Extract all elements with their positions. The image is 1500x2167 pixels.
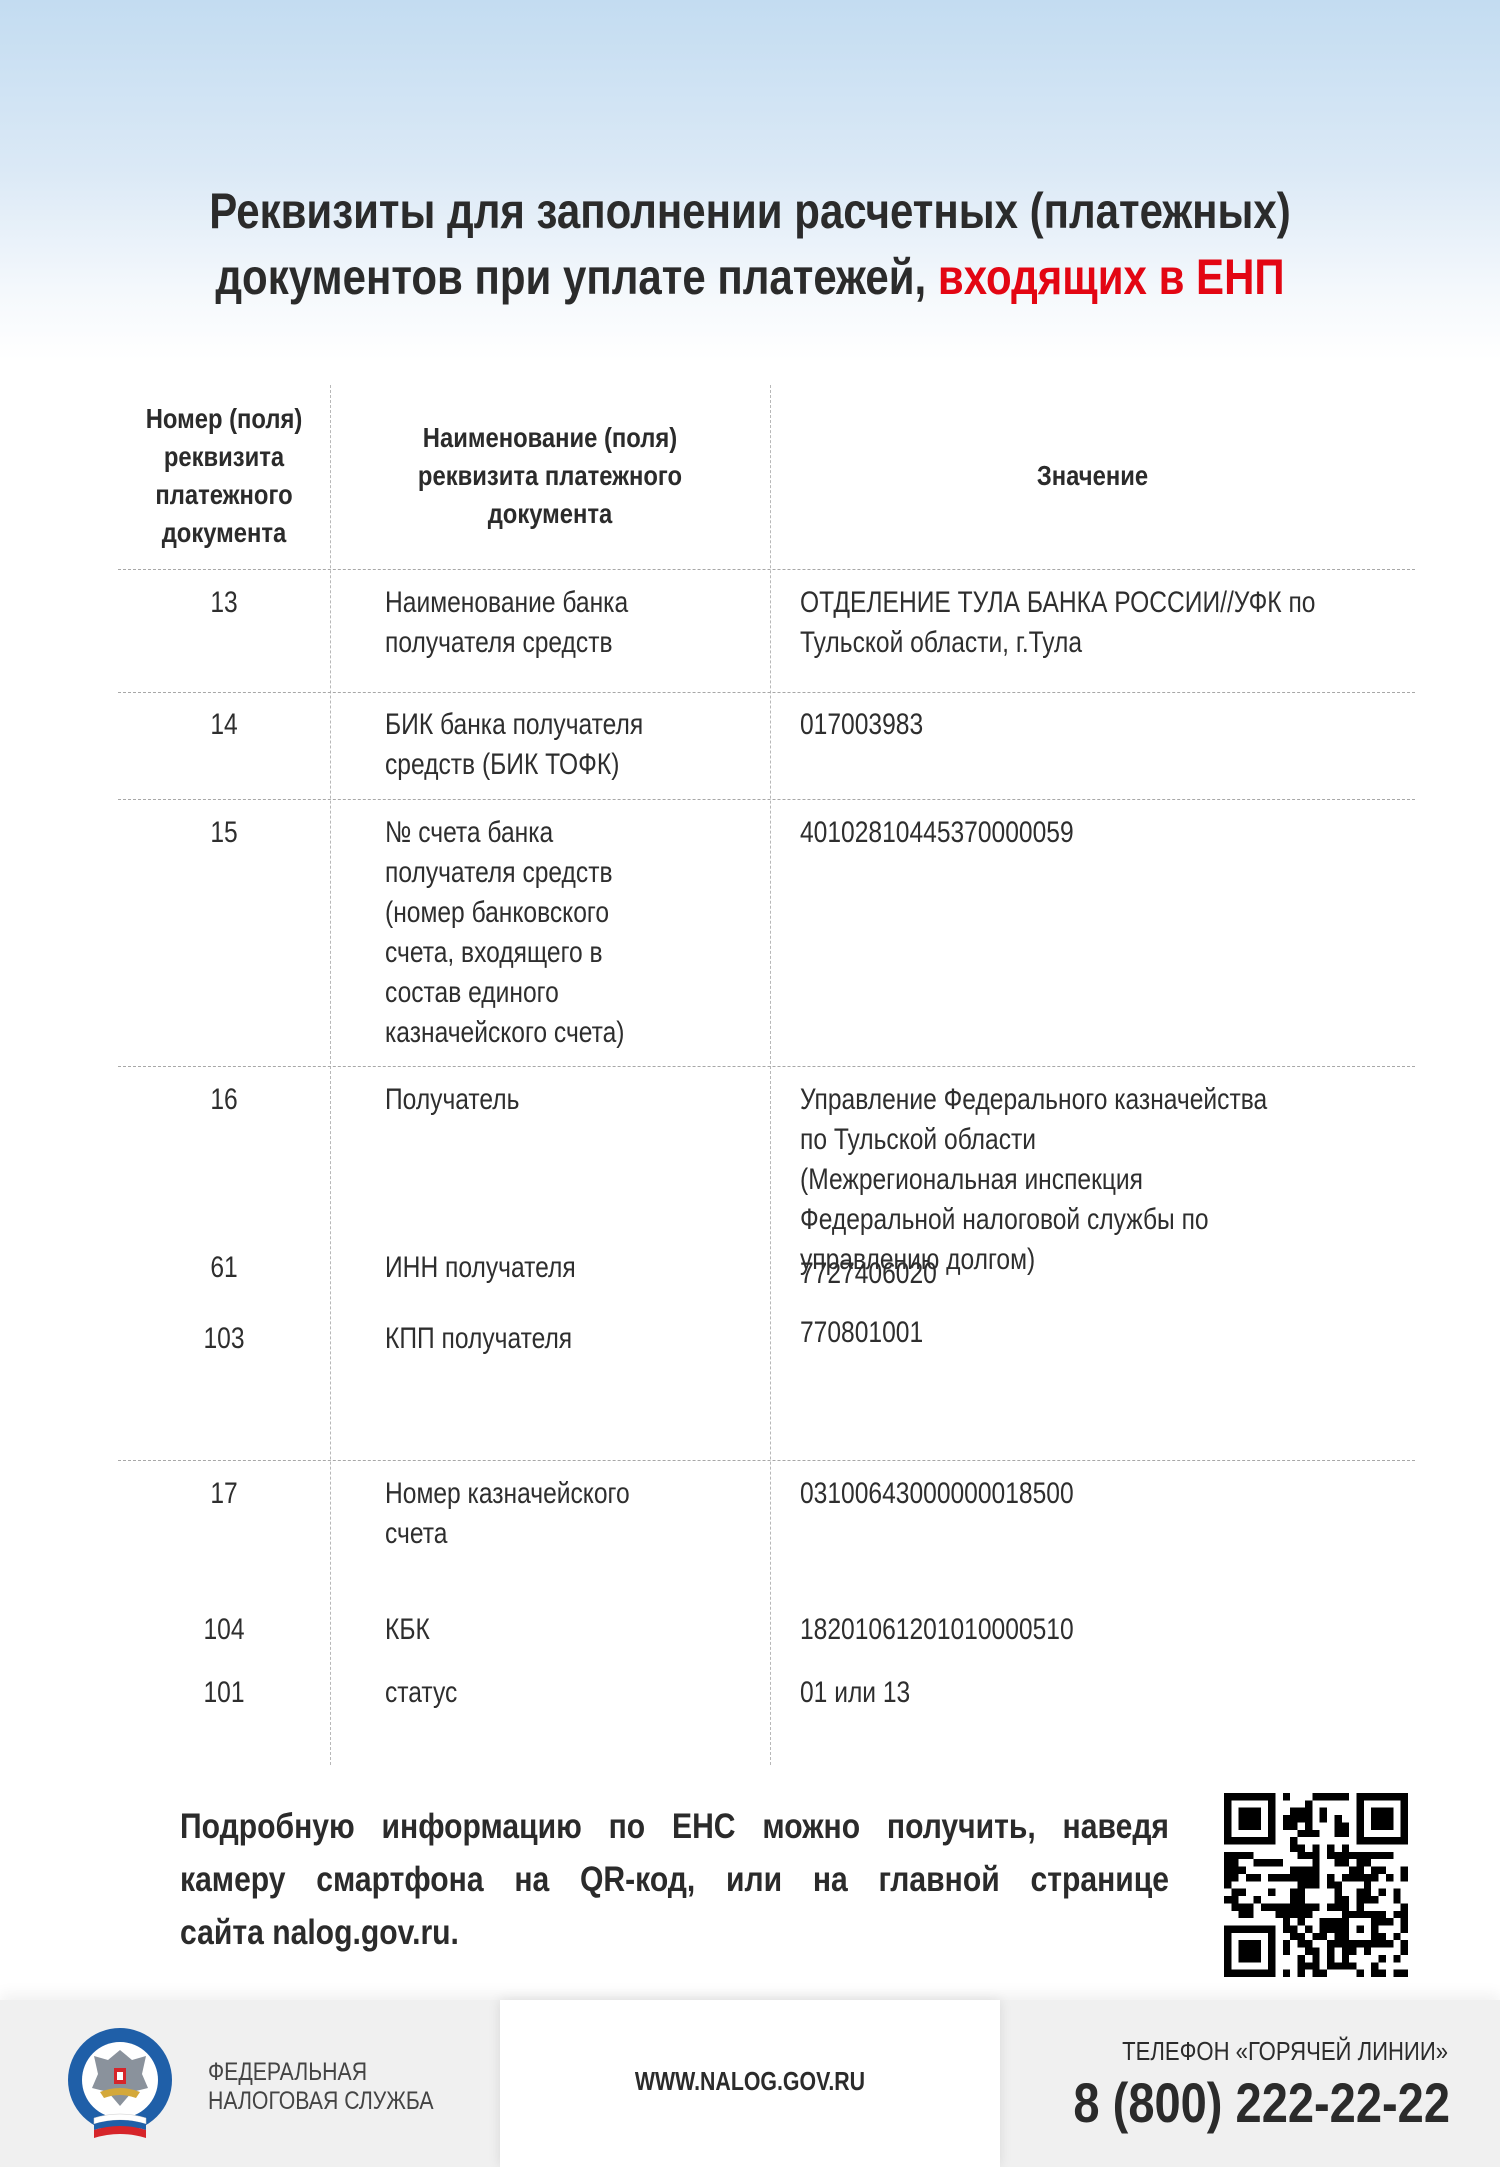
row-value-line[interactable]: 7727406020	[800, 1254, 937, 1294]
column-divider	[330, 385, 331, 1765]
header-number-line: платежного	[134, 476, 314, 514]
row-value[interactable]: 40102810445370000059	[800, 813, 1074, 853]
header-name: Наименование (поля) реквизита платежного…	[363, 419, 737, 533]
hotline-phone[interactable]: 8 (800) 222-22-22	[1072, 2070, 1450, 2135]
row-number: 103	[137, 1319, 311, 1359]
row-field-name-line: КБК	[385, 1610, 430, 1650]
row-field-name: Получатель	[385, 1080, 519, 1120]
row-field-name: ИНН получателя	[385, 1248, 576, 1288]
row-field-name-line: (номер банковского	[385, 893, 624, 933]
row-field-name-line: Получатель	[385, 1080, 519, 1120]
row-divider	[118, 799, 1415, 800]
row-number: 15	[137, 813, 311, 853]
row-value[interactable]: Управление Федерального казначействапо Т…	[800, 1080, 1267, 1280]
row-field-name: БИК банка получателясредств (БИК ТОФК)	[385, 705, 643, 785]
row-divider	[118, 569, 1415, 570]
row-number: 104	[137, 1610, 311, 1650]
header-name-line: Наименование (поля)	[363, 419, 737, 457]
row-value[interactable]: 01 или 13	[800, 1673, 910, 1713]
row-field-name-line: состав единого	[385, 973, 624, 1013]
header-number: Номер (поля) реквизита платежного докуме…	[134, 400, 314, 552]
row-value-line[interactable]: 18201061201010000510	[800, 1610, 1074, 1650]
row-number: 16	[137, 1080, 311, 1120]
row-field-name: Номер казначейскогосчета	[385, 1474, 630, 1554]
row-divider	[118, 1460, 1415, 1461]
row-field-name-line: получателя средств	[385, 853, 624, 893]
hotline-label: ТЕЛЕФОН «ГОРЯЧЕЙ ЛИНИИ»	[1067, 2036, 1448, 2067]
row-value-line[interactable]: 40102810445370000059	[800, 813, 1074, 853]
row-value-line[interactable]: (Межрегиональная инспекция	[800, 1160, 1267, 1200]
row-divider	[118, 1066, 1415, 1067]
page-title: Реквизиты для заполнении расчетных (плат…	[120, 178, 1380, 310]
row-number: 101	[137, 1673, 311, 1713]
title-line-2: документов при уплате платежей, входящих…	[120, 244, 1380, 310]
row-field-name: КБК	[385, 1610, 430, 1650]
row-field-name-line: счета, входящего в	[385, 933, 624, 973]
fns-emblem-icon	[64, 2026, 176, 2140]
row-field-name-line: получателя средств	[385, 623, 628, 663]
info-line: сайта nalog.gov.ru.	[180, 1906, 1169, 1959]
row-number: 13	[137, 583, 311, 623]
row-field-name-line: казначейского счета)	[385, 1013, 624, 1053]
row-value-line[interactable]: по Тульской области	[800, 1120, 1267, 1160]
row-field-name-line: КПП получателя	[385, 1319, 572, 1359]
row-value[interactable]: 03100643000000018500	[800, 1474, 1074, 1514]
row-field-name: КПП получателя	[385, 1319, 572, 1359]
row-value[interactable]: 017003983	[800, 705, 923, 745]
org-name: ФЕДЕРАЛЬНАЯ НАЛОГОВАЯ СЛУЖБА	[208, 2058, 434, 2116]
header-name-line: реквизита платежного	[363, 457, 737, 495]
org-name-line: ФЕДЕРАЛЬНАЯ	[208, 2058, 434, 2087]
row-value[interactable]: 770801001	[800, 1313, 923, 1353]
info-line: Подробную информацию по ЕНС можно получи…	[180, 1800, 1169, 1853]
header-number-line: реквизита	[134, 438, 314, 476]
row-value-line[interactable]: 017003983	[800, 705, 923, 745]
info-line: камеру смартфона на QR-код, или на главн…	[180, 1853, 1169, 1906]
header-number-line: документа	[134, 514, 314, 552]
row-value-line[interactable]: Тульской области, г.Тула	[800, 623, 1315, 663]
row-field-name-line: № счета банка	[385, 813, 624, 853]
row-value-line[interactable]: Управление Федерального казначейства	[800, 1080, 1267, 1120]
row-field-name: Наименование банкаполучателя средств	[385, 583, 628, 663]
row-value-line[interactable]: 770801001	[800, 1313, 923, 1353]
row-number: 14	[137, 705, 311, 745]
row-field-name-line: средств (БИК ТОФК)	[385, 745, 643, 785]
row-number: 61	[137, 1248, 311, 1288]
title-line-2-prefix: документов при уплате платежей,	[215, 249, 937, 305]
info-text: Подробную информацию по ЕНС можно получи…	[180, 1800, 1170, 1959]
row-field-name: статус	[385, 1673, 457, 1713]
row-divider	[118, 692, 1415, 693]
row-value[interactable]: 7727406020	[800, 1254, 937, 1294]
row-field-name-line: БИК банка получателя	[385, 705, 643, 745]
site-link[interactable]: WWW.NALOG.GOV.RU	[545, 2066, 955, 2097]
requisites-table: Номер (поля) реквизита платежного докуме…	[118, 385, 1415, 1765]
row-value[interactable]: ОТДЕЛЕНИЕ ТУЛА БАНКА РОССИИ//УФК поТульс…	[800, 583, 1315, 663]
org-name-line: НАЛОГОВАЯ СЛУЖБА	[208, 2087, 434, 2116]
row-field-name-line: статус	[385, 1673, 457, 1713]
header-name-line: документа	[363, 495, 737, 533]
row-value[interactable]: 18201061201010000510	[800, 1610, 1074, 1650]
row-value-line[interactable]: 01 или 13	[800, 1673, 910, 1713]
column-divider	[770, 385, 771, 1765]
row-value-line[interactable]: Федеральной налоговой службы по	[800, 1200, 1267, 1240]
row-field-name-line: ИНН получателя	[385, 1248, 576, 1288]
row-number: 17	[137, 1474, 311, 1514]
header-value: Значение	[818, 457, 1366, 495]
qr-code-icon[interactable]	[1224, 1793, 1408, 1977]
header-number-line: Номер (поля)	[134, 400, 314, 438]
row-field-name-line: Наименование банка	[385, 583, 628, 623]
row-field-name: № счета банкаполучателя средств(номер ба…	[385, 813, 624, 1053]
row-value-line[interactable]: 03100643000000018500	[800, 1474, 1074, 1514]
title-highlight: входящих в ЕНП	[938, 249, 1285, 305]
row-field-name-line: счета	[385, 1514, 630, 1554]
title-line-1: Реквизиты для заполнении расчетных (плат…	[120, 178, 1380, 244]
row-field-name-line: Номер казначейского	[385, 1474, 630, 1514]
row-value-line[interactable]: ОТДЕЛЕНИЕ ТУЛА БАНКА РОССИИ//УФК по	[800, 583, 1315, 623]
